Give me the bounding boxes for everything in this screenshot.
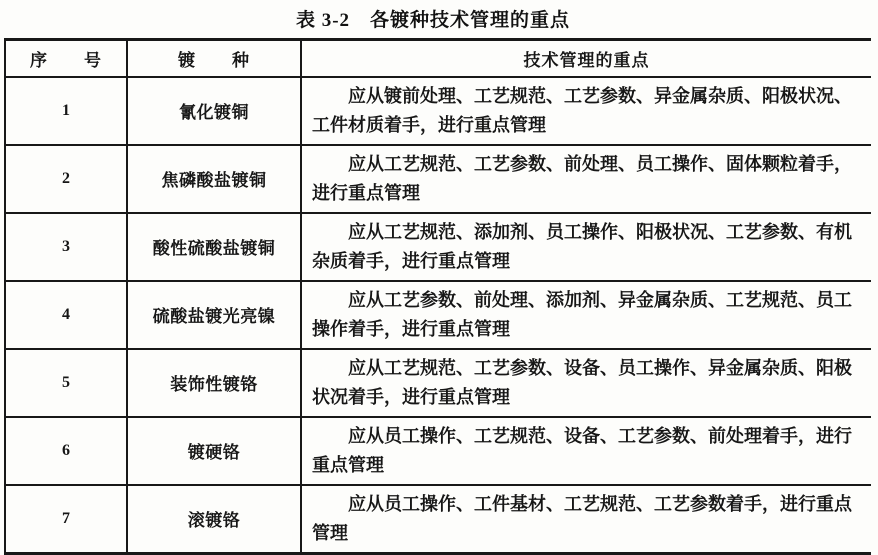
table-row: 3 酸性硫酸盐镀铜 应从工艺规范、添加剂、员工操作、阳极状况、工艺参数、有机杂质… — [5, 213, 871, 281]
management-focus: 应从工艺规范、工艺参数、设备、员工操作、异金属杂质、阳极状况着手，进行重点管理 — [301, 349, 871, 417]
serial-number: 2 — [5, 145, 127, 213]
focus-text: 应从工艺参数、前处理、添加剂、异金属杂质、工艺规范、员工操作着手，进行重点管理 — [312, 286, 859, 344]
table-row: 6 镀硬铬 应从员工操作、工艺规范、设备、工艺参数、前处理着手，进行重点管理 — [5, 417, 871, 485]
serial-number: 5 — [5, 349, 127, 417]
management-focus: 应从镀前处理、工艺规范、工艺参数、异金属杂质、阳极状况、工件材质着手，进行重点管… — [301, 77, 871, 145]
plating-type: 镀硬铬 — [127, 417, 301, 485]
serial-number: 6 — [5, 417, 127, 485]
header-plating-type: 镀 种 — [127, 40, 301, 77]
plating-type: 硫酸盐镀光亮镍 — [127, 281, 301, 349]
management-focus: 应从员工操作、工件基材、工艺规范、工艺参数着手，进行重点管理 — [301, 485, 871, 554]
focus-text: 应从工艺规范、添加剂、员工操作、阳极状况、工艺参数、有机杂质着手，进行重点管理 — [312, 218, 859, 276]
plating-type: 装饰性镀铬 — [127, 349, 301, 417]
management-focus: 应从工艺规范、添加剂、员工操作、阳极状况、工艺参数、有机杂质着手，进行重点管理 — [301, 213, 871, 281]
management-focus: 应从工艺规范、工艺参数、前处理、员工操作、固体颗粒着手，进行重点管理 — [301, 145, 871, 213]
header-management-focus: 技术管理的重点 — [301, 40, 871, 77]
plating-management-table: 序 号 镀 种 技术管理的重点 1 氰化镀铜 应从镀前处理、工艺规范、工艺参数、… — [4, 38, 871, 555]
focus-text: 应从工艺规范、工艺参数、设备、员工操作、异金属杂质、阳极状况着手，进行重点管理 — [312, 354, 859, 412]
focus-text: 应从镀前处理、工艺规范、工艺参数、异金属杂质、阳极状况、工件材质着手，进行重点管… — [312, 82, 859, 140]
table-row: 4 硫酸盐镀光亮镍 应从工艺参数、前处理、添加剂、异金属杂质、工艺规范、员工操作… — [5, 281, 871, 349]
plating-type: 滚镀铬 — [127, 485, 301, 554]
plating-type: 酸性硫酸盐镀铜 — [127, 213, 301, 281]
serial-number: 7 — [5, 485, 127, 554]
focus-text: 应从工艺规范、工艺参数、前处理、员工操作、固体颗粒着手，进行重点管理 — [312, 150, 859, 208]
focus-text: 应从员工操作、工艺规范、设备、工艺参数、前处理着手，进行重点管理 — [312, 422, 859, 480]
serial-number: 1 — [5, 77, 127, 145]
management-focus: 应从员工操作、工艺规范、设备、工艺参数、前处理着手，进行重点管理 — [301, 417, 871, 485]
table-row: 1 氰化镀铜 应从镀前处理、工艺规范、工艺参数、异金属杂质、阳极状况、工件材质着… — [5, 77, 871, 145]
serial-number: 3 — [5, 213, 127, 281]
management-focus: 应从工艺参数、前处理、添加剂、异金属杂质、工艺规范、员工操作着手，进行重点管理 — [301, 281, 871, 349]
header-serial-number: 序 号 — [5, 40, 127, 77]
table-title: 表 3-2 各镀种技术管理的重点 — [0, 5, 866, 32]
plating-type: 氰化镀铜 — [127, 77, 301, 145]
plating-type: 焦磷酸盐镀铜 — [127, 145, 301, 213]
table-row: 5 装饰性镀铬 应从工艺规范、工艺参数、设备、员工操作、异金属杂质、阳极状况着手… — [5, 349, 871, 417]
focus-text: 应从员工操作、工件基材、工艺规范、工艺参数着手，进行重点管理 — [312, 490, 859, 548]
table-row: 7 滚镀铬 应从员工操作、工件基材、工艺规范、工艺参数着手，进行重点管理 — [5, 485, 871, 554]
table-header-row: 序 号 镀 种 技术管理的重点 — [5, 40, 871, 77]
serial-number: 4 — [5, 281, 127, 349]
table-row: 2 焦磷酸盐镀铜 应从工艺规范、工艺参数、前处理、员工操作、固体颗粒着手，进行重… — [5, 145, 871, 213]
